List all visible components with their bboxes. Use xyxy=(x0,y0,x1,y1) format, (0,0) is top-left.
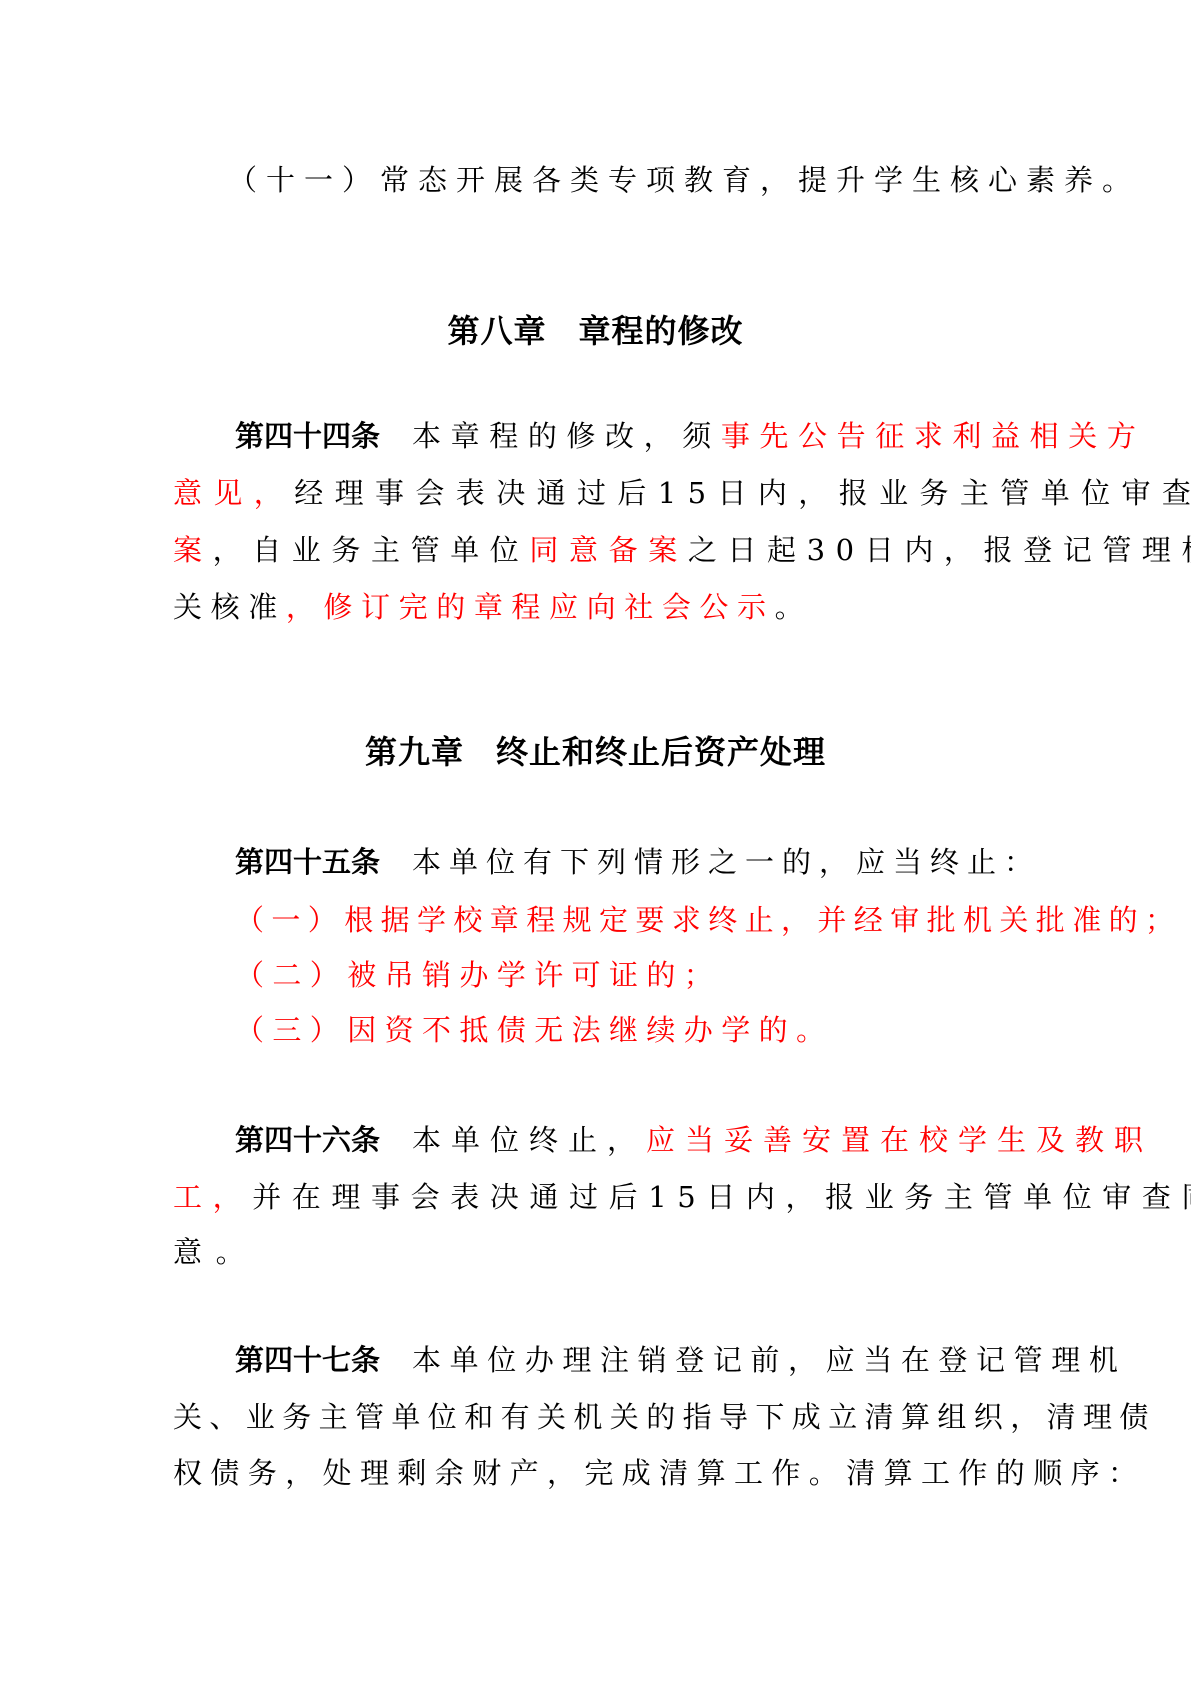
article-47-line-2: 关、业务主管单位和有关机关的指导下成立清算组织，清理债 xyxy=(173,1397,1043,1437)
article-label: 第四十六条 xyxy=(235,1123,380,1157)
article-46-line-1: 第四十六条本单位终止，应当妥善安置在校学生及教职 xyxy=(235,1120,1105,1160)
article-45-line-1: 第四十五条本单位有下列情形之一的，应当终止： xyxy=(235,842,1105,882)
article-44-line-4: 关核准，修订完的章程应向社会公示。 xyxy=(173,587,1043,627)
highlighted-text: ，修订完的章程应向社会公示 xyxy=(286,590,775,624)
intro-item: （十一）常态开展各类专项教育，提升学生核心素养。 xyxy=(228,160,1098,200)
article-44-line-1: 第四十四条本章程的修改，须事先公告征求利益相关方 xyxy=(235,416,1105,456)
document-page: （十一）常态开展各类专项教育，提升学生核心素养。 第八章章程的修改 第四十四条本… xyxy=(0,0,1191,1684)
text-segment: 经理事会表决通过后15日内，报业务主管单位审查 xyxy=(294,476,1191,510)
article-label: 第四十七条 xyxy=(235,1343,380,1377)
highlighted-text: 应当妥善安置在校学生及教职 xyxy=(646,1123,1153,1157)
text-segment: 本单位办理注销登记前，应当在登记管理机 xyxy=(412,1343,1126,1377)
text-segment: 。 xyxy=(775,590,813,624)
chapter-9-heading: 第九章终止和终止后资产处理 xyxy=(0,730,1191,774)
article-45-item-1: （一）根据学校章程规定要求终止，并经审批机关批准的； xyxy=(235,900,1105,940)
article-47-line-1: 第四十七条本单位办理注销登记前，应当在登记管理机 xyxy=(235,1340,1105,1380)
chapter-title: 章程的修改 xyxy=(579,312,744,350)
article-44-line-2: 意见，经理事会表决通过后15日内，报业务主管单位审查备 xyxy=(173,473,1043,513)
highlighted-text: 案 xyxy=(173,533,213,567)
text-segment: 关核准 xyxy=(173,590,286,624)
text-segment: ，自业务主管单位 xyxy=(213,533,530,567)
article-44-line-3: 案，自业务主管单位同意备案之日起30日内，报登记管理机 xyxy=(173,530,1043,570)
chapter-number: 第八章 xyxy=(447,312,546,350)
highlighted-text: 同意备案 xyxy=(529,533,687,567)
article-label: 第四十五条 xyxy=(235,845,380,879)
chapter-number: 第九章 xyxy=(365,733,464,771)
highlighted-text: 意见， xyxy=(173,476,294,510)
text-segment: 之日起30日内，报登记管理机 xyxy=(688,533,1191,567)
text-segment: 本单位终止， xyxy=(412,1123,646,1157)
article-45-item-2: （二）被吊销办学许可证的； xyxy=(235,955,1105,995)
article-46-line-2: 工，并在理事会表决通过后15日内，报业务主管单位审查同 xyxy=(173,1177,1043,1217)
text-segment: 意。 xyxy=(173,1235,258,1269)
article-46-line-3: 意。 xyxy=(173,1232,1043,1272)
chapter-title: 终止和终止后资产处理 xyxy=(496,733,826,771)
highlighted-text: 工， xyxy=(173,1180,252,1214)
text-segment: 并在理事会表决通过后15日内，报业务主管单位审查同 xyxy=(252,1180,1191,1214)
text-segment: 本单位有下列情形之一的，应当终止： xyxy=(412,845,1041,879)
article-45-item-3: （三）因资不抵债无法继续办学的。 xyxy=(235,1010,1105,1050)
article-47-line-3: 权债务，处理剩余财产，完成清算工作。清算工作的顺序： xyxy=(173,1453,1043,1493)
article-label: 第四十四条 xyxy=(235,419,380,453)
chapter-8-heading: 第八章章程的修改 xyxy=(0,309,1191,353)
highlighted-text: 事先公告征求利益相关方 xyxy=(721,419,1146,453)
text-segment: 本章程的修改，须 xyxy=(412,419,721,453)
